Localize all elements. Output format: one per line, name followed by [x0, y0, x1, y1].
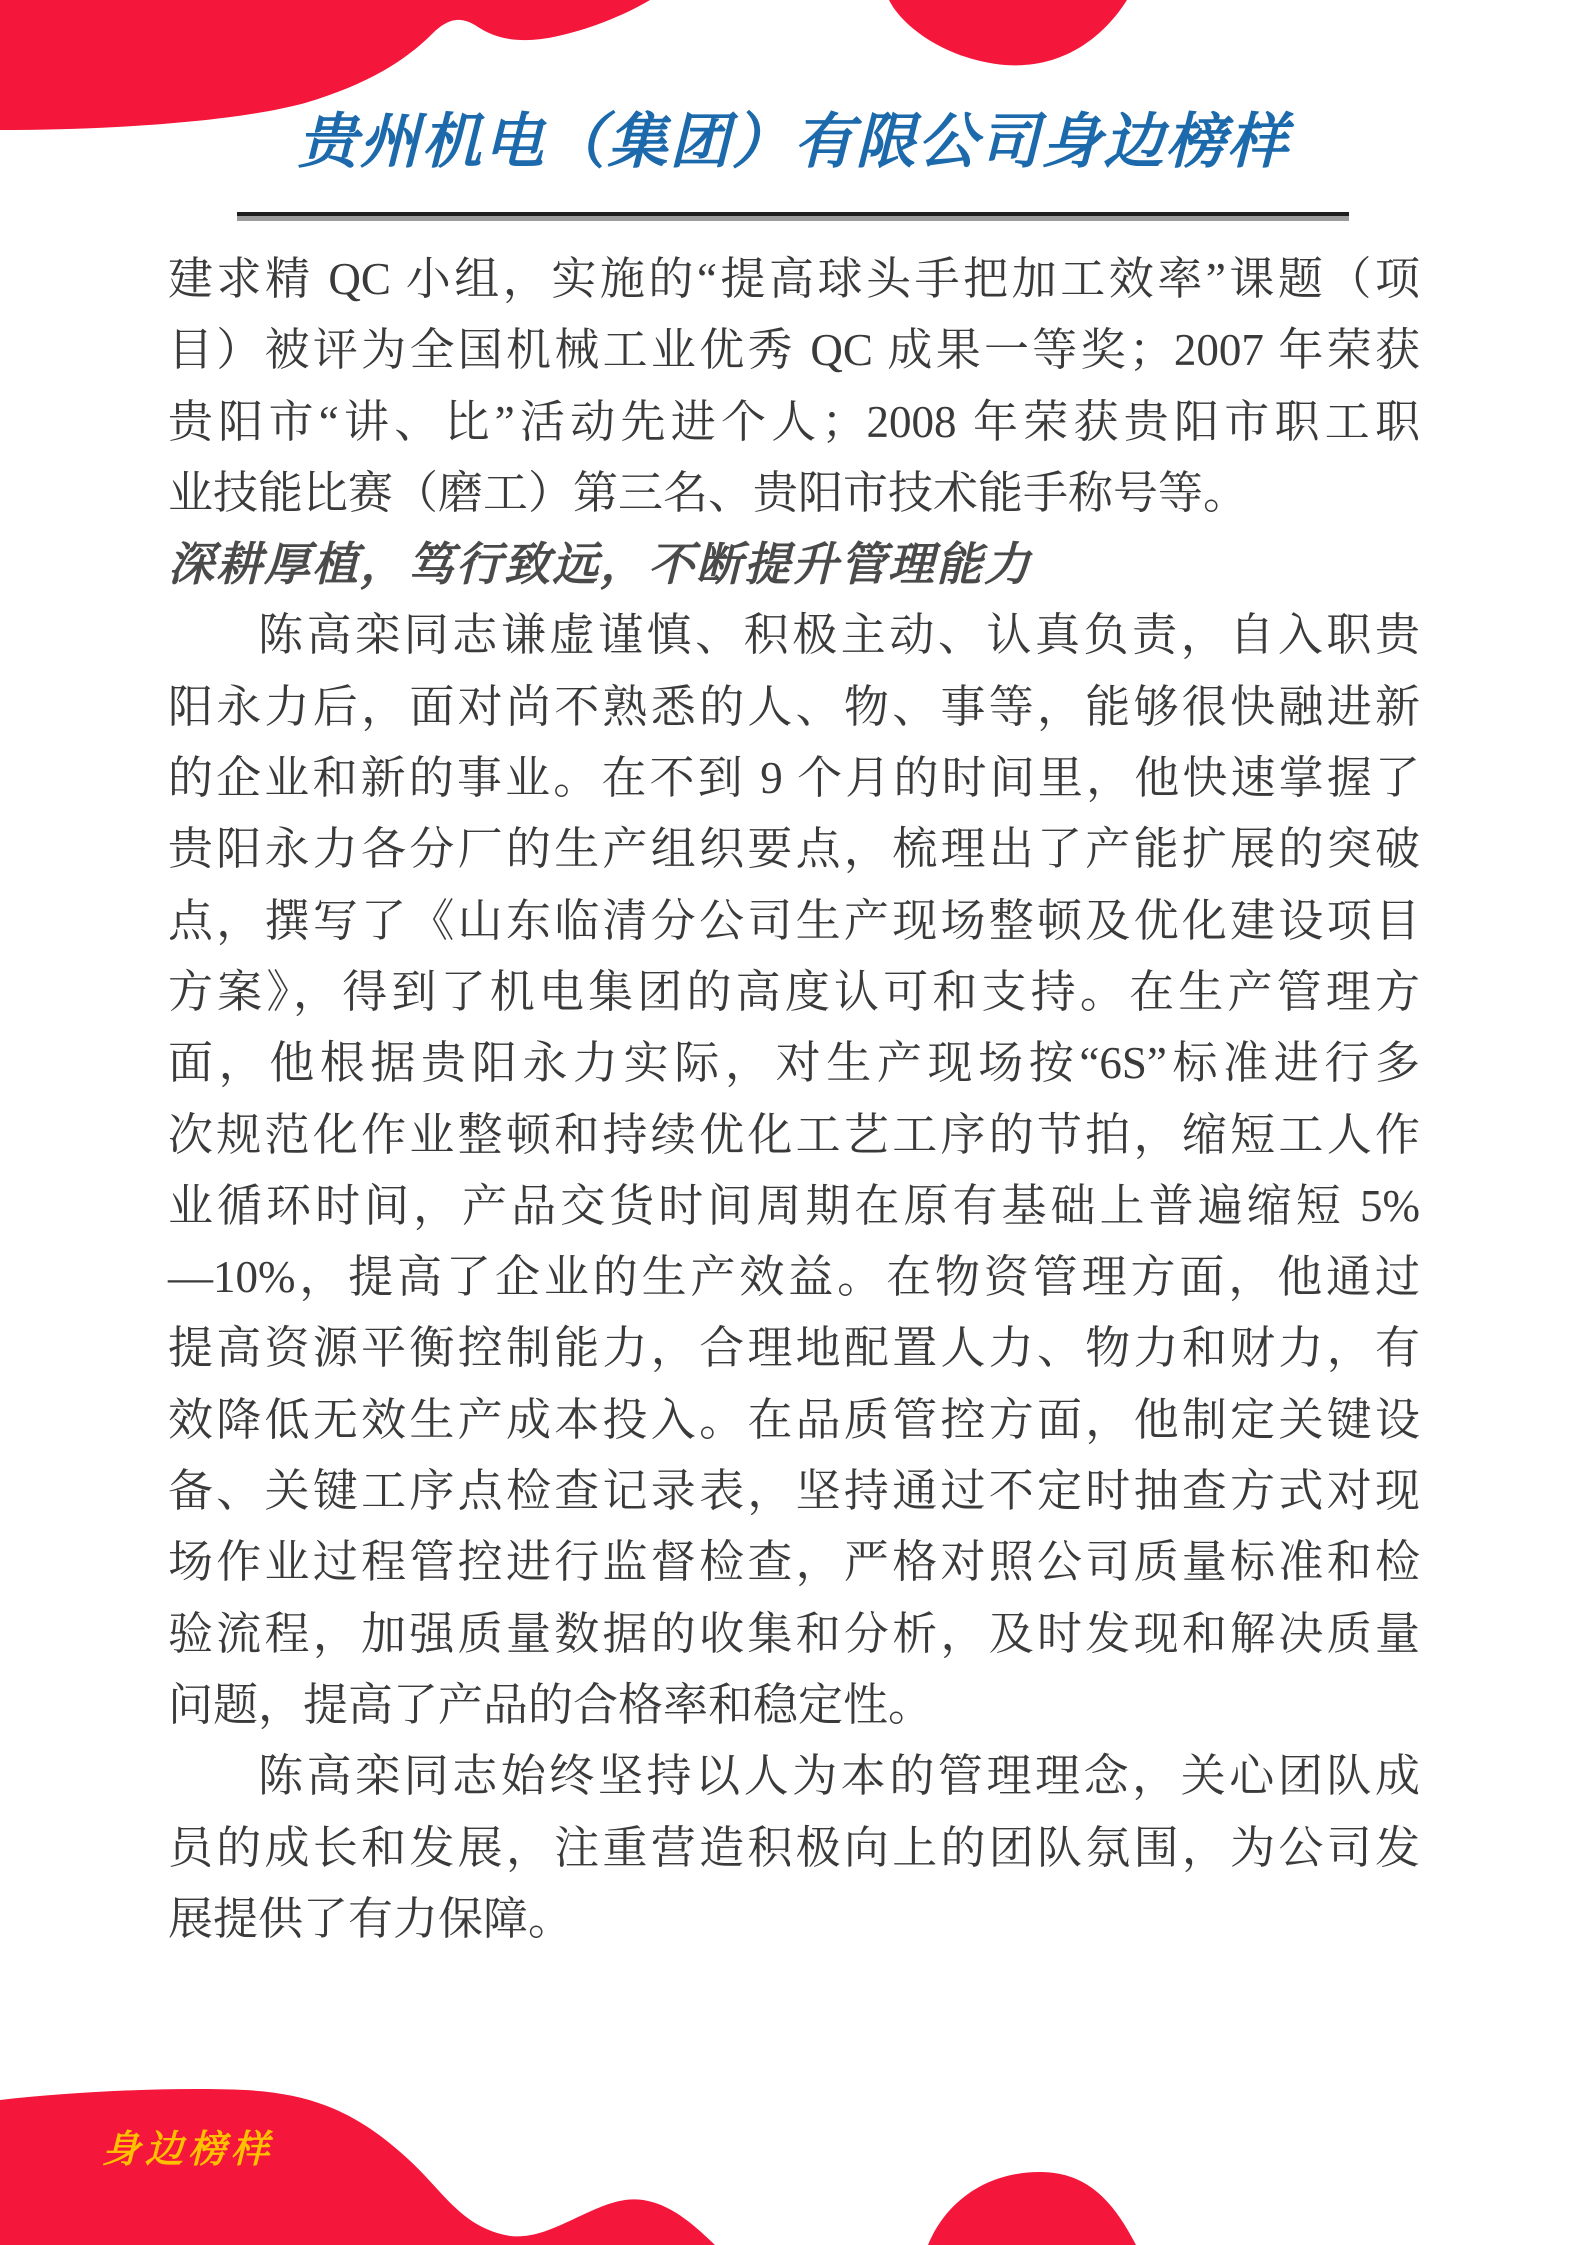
text-line: 场作业过程管控进行监督检查，严格对照公司质量标准和检 [168, 1527, 1420, 1598]
text-line: 建求精 QC 小组，实施的“提高球头手把加工效率”课题（项 [168, 244, 1420, 315]
footer-badge: 身边榜样 [102, 2118, 274, 2173]
text-line: 目）被评为全国机械工业优秀 QC 成果一等奖；2007 年荣获 [168, 315, 1420, 386]
text-line: 提高资源平衡控制能力，合理地配置人力、物力和财力，有 [168, 1313, 1420, 1384]
text-line: 面，他根据贵阳永力实际，对生产现场按“6S”标准进行多 [168, 1028, 1420, 1099]
text-line: 点，撰写了《山东临清分公司生产现场整顿及优化建设项目 [168, 886, 1420, 957]
text-line: 贵阳市“讲、比”活动先进个人；2008 年荣获贵阳市职工职 [168, 387, 1420, 458]
text-line: 陈高栾同志谦虚谨慎、积极主动、认真负责，自入职贵 [168, 600, 1420, 671]
text-line: 备、关键工序点检查记录表，坚持通过不定时抽查方式对现 [168, 1456, 1420, 1527]
text-line: 问题，提高了产品的合格率和稳定性。 [168, 1670, 1420, 1741]
text-line: 业循环时间，产品交货时间周期在原有基础上普遍缩短 5% [168, 1171, 1420, 1242]
text-line: 展提供了有力保障。 [168, 1884, 1420, 1955]
red-wave-top-right [889, 0, 1127, 65]
paragraph-3: 陈高栾同志始终坚持以人为本的管理理念，关心团队成员的成长和发展，注重营造积极向上… [168, 1741, 1420, 1955]
text-line: 次规范化作业整顿和持续优化工艺工序的节拍，缩短工人作 [168, 1100, 1420, 1171]
text-line: 陈高栾同志始终坚持以人为本的管理理念，关心团队成 [168, 1741, 1420, 1812]
text-line: —10%，提高了企业的生产效益。在物资管理方面，他通过 [168, 1242, 1420, 1313]
document-page: 贵州机电（集团）有限公司身边榜样 建求精 QC 小组，实施的“提高球头手把加工效… [0, 0, 1587, 2245]
header-rule [237, 212, 1349, 221]
paragraph-2: 陈高栾同志谦虚谨慎、积极主动、认真负责，自入职贵阳永力后，面对尚不熟悉的人、物、… [168, 600, 1420, 1741]
section-heading: 深耕厚植，笃行致远，不断提升管理能力 [168, 529, 1420, 600]
text-line: 员的成长和发展，注重营造积极向上的团队氛围，为公司发 [168, 1813, 1420, 1884]
text-line: 的企业和新的事业。在不到 9 个月的时间里，他快速掌握了 [168, 743, 1420, 814]
text-line: 阳永力后，面对尚不熟悉的人、物、事等，能够很快融进新 [168, 672, 1420, 743]
text-line: 贵阳永力各分厂的生产组织要点，梳理出了产能扩展的突破 [168, 814, 1420, 885]
red-wave-bottom-middle [928, 2172, 1136, 2245]
document-body: 建求精 QC 小组，实施的“提高球头手把加工效率”课题（项目）被评为全国机械工业… [168, 244, 1420, 1955]
paragraph-1: 建求精 QC 小组，实施的“提高球头手把加工效率”课题（项目）被评为全国机械工业… [168, 244, 1420, 529]
text-line: 效降低无效生产成本投入。在品质管控方面，他制定关键设 [168, 1385, 1420, 1456]
page-title: 贵州机电（集团）有限公司身边榜样 [0, 94, 1587, 180]
text-line: 验流程，加强质量数据的收集和分析，及时发现和解决质量 [168, 1599, 1420, 1670]
text-line: 方案》，得到了机电集团的高度认可和支持。在生产管理方 [168, 957, 1420, 1028]
text-line: 业技能比赛（磨工）第三名、贵阳市技术能手称号等。 [168, 458, 1420, 529]
